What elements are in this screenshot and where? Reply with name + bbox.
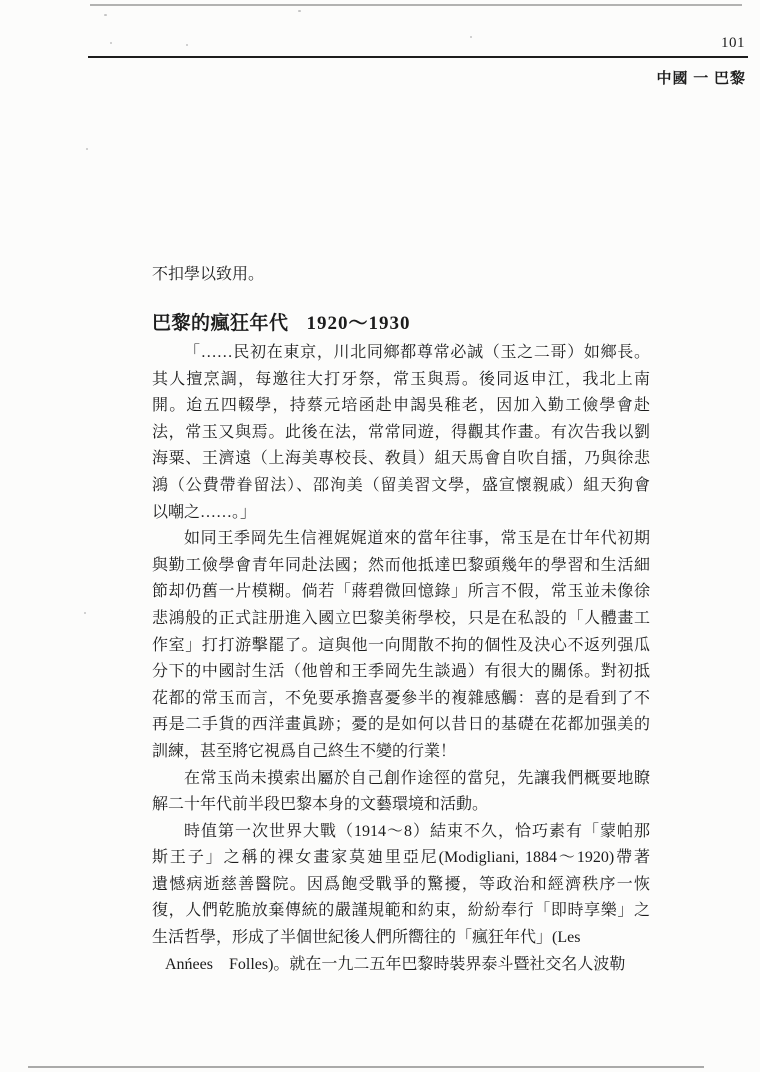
- scan-speckle: [186, 44, 188, 46]
- text-line: 以嘲之……。」: [152, 500, 650, 527]
- text-line: 節却仍舊一片模糊。倘若「蔣碧微回憶錄」所言不假，常玉並未像徐: [152, 579, 650, 606]
- scan-speckle: [470, 36, 472, 38]
- section-heading: 巴黎的瘋狂年代1920～1930: [152, 308, 411, 335]
- scan-speckle: [86, 148, 88, 150]
- scan-speckle: [104, 14, 107, 16]
- section-heading-title: 巴黎的瘋狂年代: [152, 313, 289, 334]
- text-line: 解二十年代前半段巴黎本身的文藝環境和活動。: [152, 792, 650, 819]
- scan-speckle: [110, 42, 112, 44]
- paragraph-line: 不扣學以致用。: [152, 262, 650, 289]
- text-line: 復，人們乾脆放棄傳統的嚴謹規範和約束，紛紛奉行「即時享樂」之: [152, 898, 650, 925]
- text-line: 時值第一次世界大戰（1914～8）結束不久，恰巧素有「蒙帕那: [152, 819, 650, 846]
- scan-edge-top-line: [90, 4, 742, 6]
- text-line: 在常玉尚未摸索出屬於自己創作途徑的當兒，先讓我們概要地瞭: [152, 766, 650, 793]
- text-line: 悲鴻般的正式註册進入國立巴黎美術學校，只是在私設的「人體畫工: [152, 606, 650, 633]
- text-line: 訓練，甚至將它視爲自己終生不變的行業！: [152, 739, 650, 766]
- text-line: 斯王子」之稱的裸女畫家莫廸里亞尼(Modigliani, 1884～1920)帶…: [152, 845, 650, 872]
- text-line: 開。迨五四輟學，持蔡元培函赴申謁吳稚老，因加入勤工儉學會赴: [152, 393, 650, 420]
- running-header: 中國 一 巴黎: [656, 67, 746, 88]
- text-line: 鴻（公費帶眷留法）、邵洵美（留美習文學，盛宣懷親戚）組天狗會: [152, 473, 650, 500]
- page-number: 101: [721, 35, 745, 52]
- section-heading-years: 1920～1930: [307, 313, 411, 334]
- text-line: 法，常玉又與焉。此後在法，常常同遊，得觀其作畫。有次告我以劉: [152, 420, 650, 447]
- text-line: 遺憾病逝慈善醫院。因爲飽受戰爭的驚擾，等政治和經濟秩序一恢: [152, 872, 650, 899]
- scan-speckle: [84, 612, 86, 614]
- text-line: 再是二手貨的西洋畫眞跡；憂的是如何以昔日的基礎在花都加强美的: [152, 712, 650, 739]
- header-rule: [88, 56, 748, 58]
- text-line: 其人擅烹調，每邀往大打牙祭，常玉與焉。後同返申江，我北上南: [152, 367, 650, 394]
- scan-speckle: [298, 10, 301, 12]
- text-line: 「……民初在東京，川北同鄉都尊常必誠（玉之二哥）如鄉長。: [152, 340, 650, 367]
- body-text-block: 「……民初在東京，川北同鄉都尊常必誠（玉之二哥）如鄉長。 其人擅烹調，每邀往大打…: [152, 340, 650, 978]
- text-line: 花都的常玉而言，不免要承擔喜憂參半的複雜感觸：喜的是看到了不: [152, 686, 650, 713]
- text-line: 與勤工儉學會青年同赴法國；然而他抵達巴黎頭幾年的學習和生活細: [152, 553, 650, 580]
- text-line: 海粟、王濟遠（上海美專校長、敎員）組天馬會自吹自擂，乃與徐悲: [152, 446, 650, 473]
- text-line: 分下的中國討生活（他曾和王季岡先生談過）有很大的關係。對初抵: [152, 659, 650, 686]
- text-line: Anńees Folles)。就在一九二五年巴黎時裝界泰斗暨社交名人波勒: [152, 952, 650, 979]
- scanned-page: { "theme": { "ink": "#1c1c1c", "paper": …: [0, 0, 760, 1072]
- text-line: 生活哲學，形成了半個世紀後人們所嚮往的「瘋狂年代」(Les: [152, 925, 650, 952]
- scan-edge-bottom-line: [28, 1066, 704, 1068]
- text-line: 作室」打打游擊罷了。這與他一向閒散不拘的個性及決心不返列强瓜: [152, 633, 650, 660]
- text-line: 如同王季岡先生信裡娓娓道來的當年往事，常玉是在廿年代初期: [152, 526, 650, 553]
